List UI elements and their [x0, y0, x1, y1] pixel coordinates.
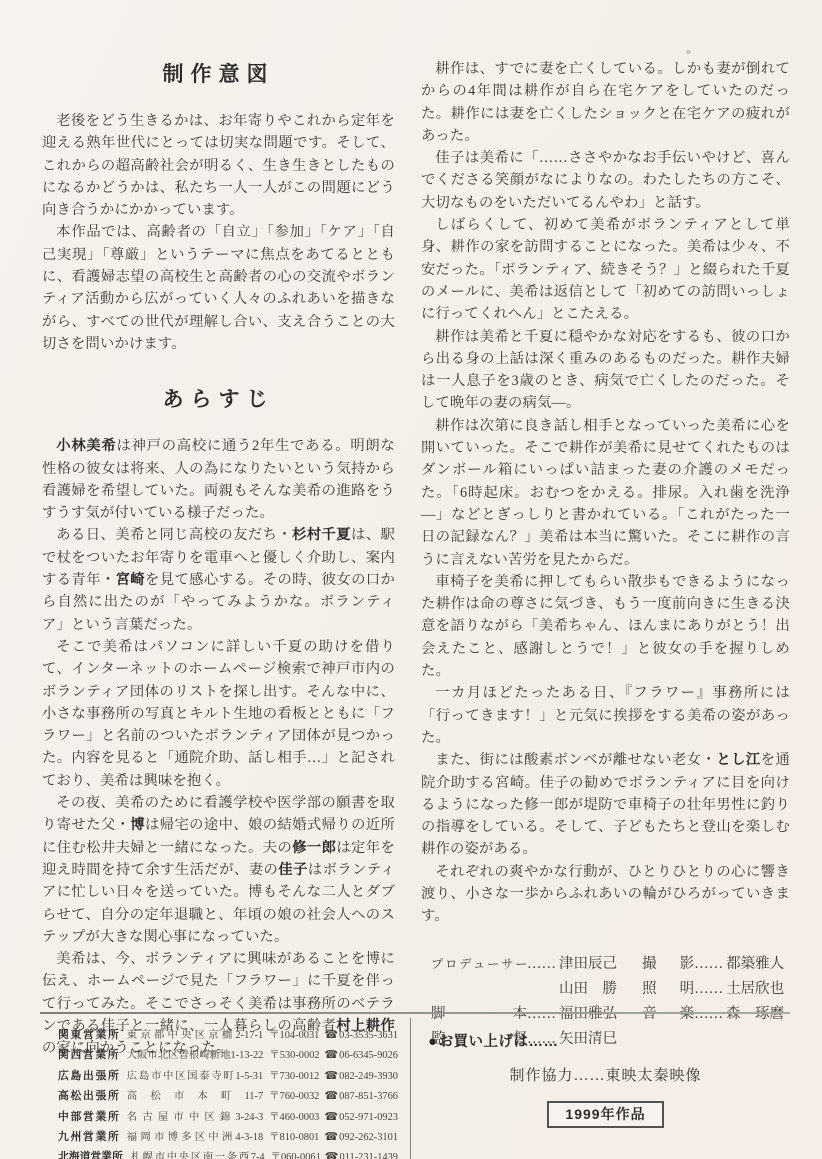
- paragraph: 老後をどう生きるかは、お年寄りやこれから定年を迎える熟年世代にとっては切実な問題…: [42, 110, 395, 221]
- office-telephone: ☎052-971-0923: [324, 1110, 398, 1123]
- office-address: 名古屋市中区錦3-24-3: [127, 1108, 263, 1123]
- paragraph: そこで美希はパソコンに詳しい千夏の助けを借りて、インターネットのホームページ検索…: [42, 636, 395, 792]
- intent-heading: 制作意図: [42, 58, 395, 88]
- office-telephone: ☎087-851-3766: [324, 1089, 398, 1102]
- office-telephone: ☎082-249-3930: [324, 1069, 398, 1082]
- paragraph: 一カ月ほどたったある日、『フラワー』事務所には「行ってきます！」と元気に挨拶をす…: [421, 682, 790, 749]
- office-postal-code: 〒810-0801: [269, 1128, 324, 1143]
- office-row: 北海道営業所札幌市中央区南一条西7-4〒060-0061☎011-231-143…: [58, 1148, 398, 1159]
- credit-dots: ……: [694, 952, 726, 977]
- character-name: 修一郎: [292, 840, 336, 856]
- credit-row: プロデューサー……津田辰己: [431, 952, 624, 977]
- telephone-number: 06-6345-9026: [339, 1050, 398, 1061]
- year-box-wrap: 1999年作品: [421, 1101, 790, 1128]
- credit-row: 音 楽……森 琢麿: [642, 1002, 790, 1027]
- credit-role: [431, 977, 527, 1002]
- left-column: 制作意図 老後をどう生きるかは、お年寄りやこれから定年を迎える熟年世代にとっては…: [42, 58, 395, 1060]
- character-name: 杉村千夏: [292, 527, 351, 543]
- footer-divider: [40, 1012, 790, 1014]
- production-cooperation-line: 制作協力……東映太秦映像: [421, 1064, 790, 1085]
- text-run: 本作品では、高齢者の「自立」「参加」「ケア」「自己実現」「尊厳」というテーマに焦…: [42, 224, 395, 351]
- office-address: 福岡市博多区中洲4-3-18: [127, 1128, 263, 1143]
- paragraph: それぞれの爽やかな行動が、ひとりひとりの心に響き渡り、小さな一歩からふれあいの輪…: [421, 861, 790, 928]
- text-run: 佳子は美希に「……ささやかなお手伝いやけど、喜んでくださる笑顔がなによりなの。わ…: [421, 150, 790, 211]
- credit-dots: [527, 977, 559, 1002]
- office-address: 東京都中央区京橋2-17-1: [127, 1026, 263, 1041]
- paragraph: 耕作は美希と千夏に穏やかな対応をするも、彼の口から出る身の上話は深く重みのあるも…: [421, 326, 790, 415]
- intent-paragraphs: 老後をどう生きるかは、お年寄りやこれから定年を迎える熟年世代にとっては切実な問題…: [42, 110, 395, 355]
- character-name: 佳子: [278, 862, 308, 878]
- telephone-number: 082-249-3930: [339, 1071, 398, 1082]
- office-name: 北海道営業所: [58, 1149, 123, 1159]
- synopsis-heading: あらすじ: [42, 383, 395, 413]
- phone-icon: ☎: [324, 1070, 338, 1082]
- character-name: 小林美希: [56, 438, 116, 454]
- office-postal-code: 〒760-0032: [269, 1087, 324, 1102]
- synopsis-section: あらすじ 小林美希は神戸の高校に通う2年生である。明朗な性格の彼女は将来、人の為…: [42, 383, 395, 1059]
- office-address: 広島市中区国泰寺町1-5-31: [127, 1067, 263, 1082]
- credit-name: 森 琢麿: [726, 1002, 784, 1027]
- credit-name: 都築雅人: [726, 952, 784, 977]
- office-row: 九州営業所福岡市博多区中洲4-3-18〒810-0801☎092-262-310…: [58, 1128, 398, 1144]
- phone-icon: ☎: [324, 1049, 338, 1061]
- paragraph: また、街には酸素ボンベが離せない老女・とし江を通院介助する宮崎。佳子の勧めでボラ…: [421, 749, 790, 860]
- office-postal-code: 〒060-0061: [271, 1148, 325, 1159]
- telephone-number: 011-231-1439: [340, 1152, 399, 1159]
- character-name: とし江: [716, 752, 760, 768]
- office-name: 中部営業所: [58, 1109, 119, 1124]
- office-name: 高松出張所: [58, 1088, 119, 1103]
- paragraph: ある日、美希と同じ高校の友だち・杉村千夏は、駅で杖をついたお年寄りを電車へと優し…: [42, 524, 395, 635]
- credit-role: 脚 本: [431, 1002, 527, 1027]
- text-run: しばらくして、初めて美希がボランティアとして単身、耕作の家を訪問することになった…: [421, 217, 790, 322]
- office-row: 関東営業所東京都中央区京橋2-17-1〒104-0031☎03-3535-363…: [58, 1026, 398, 1042]
- credit-role: 音 楽: [642, 1002, 694, 1027]
- paragraph: 耕作は次第に良き話し相手となっていった美希に心を開いていった。そこで耕作が美希に…: [421, 415, 790, 571]
- phone-icon: ☎: [324, 1029, 338, 1041]
- text-run: 耕作は次第に良き話し相手となっていった美希に心を開いていった。そこで耕作が美希に…: [421, 418, 790, 568]
- synopsis-paragraphs-right: 耕作は、すでに妻を亡くしている。しかも妻が倒れてからの4年間は耕作が自ら在宅ケア…: [421, 58, 790, 928]
- credit-row: 撮 影……都築雅人: [642, 952, 790, 977]
- office-telephone: ☎03-3535-3631: [324, 1028, 398, 1041]
- offices-table: 関東営業所東京都中央区京橋2-17-1〒104-0031☎03-3535-363…: [58, 1026, 398, 1159]
- credit-dots: ……: [527, 1002, 559, 1027]
- phone-icon: ☎: [324, 1090, 338, 1102]
- year-badge: 1999年作品: [547, 1101, 663, 1128]
- office-name: 関東営業所: [58, 1027, 119, 1042]
- phone-icon: ☎: [324, 1111, 338, 1123]
- office-name: 関西営業所: [58, 1047, 119, 1062]
- pamphlet-page: 制作意図 老後をどう生きるかは、お年寄りやこれから定年を迎える熟年世代にとっては…: [0, 0, 822, 1159]
- text-run: また、街には酸素ボンベが離せない老女・: [435, 752, 716, 768]
- telephone-number: 03-3535-3631: [339, 1030, 398, 1041]
- phone-icon: ☎: [324, 1131, 338, 1143]
- bullet-icon: ●: [428, 1033, 438, 1050]
- office-row: 関西営業所大阪市北区曽根崎新地1-13-22〒530-0002☎06-6345-…: [58, 1046, 398, 1062]
- paragraph: しばらくして、初めて美希がボランティアとして単身、耕作の家を訪問することになった…: [421, 214, 790, 325]
- office-address: 大阪市北区曽根崎新地1-13-22: [127, 1046, 264, 1061]
- synopsis-paragraphs-left: 小林美希は神戸の高校に通う2年生である。明朗な性格の彼女は将来、人の為になりたい…: [42, 435, 395, 1059]
- credit-row: 脚 本……福田雅弘: [431, 1002, 624, 1027]
- credit-row: 山田 勝: [431, 977, 624, 1002]
- office-postal-code: 〒530-0002: [269, 1046, 324, 1061]
- telephone-number: 092-262-3101: [339, 1132, 398, 1143]
- paragraph: 本作品では、高齢者の「自立」「参加」「ケア」「自己実現」「尊厳」というテーマに焦…: [42, 221, 395, 355]
- telephone-number: 087-851-3766: [339, 1091, 398, 1102]
- credit-name: 津田辰己: [559, 952, 617, 977]
- credit-name: 土居欣也: [726, 977, 784, 1002]
- phone-icon: ☎: [325, 1151, 339, 1159]
- credit-name: 矢田清巳: [559, 1027, 617, 1052]
- paragraph: 佳子は美希に「……ささやかなお手伝いやけど、喜んでくださる笑顔がなによりなの。わ…: [421, 147, 790, 214]
- office-address: 高松市本町11-7: [127, 1087, 263, 1102]
- office-postal-code: 〒104-0031: [269, 1026, 324, 1041]
- paragraph: 耕作は、すでに妻を亡くしている。しかも妻が倒れてからの4年間は耕作が自ら在宅ケア…: [421, 58, 790, 147]
- credit-role: プロデューサー: [431, 952, 527, 977]
- right-column: 耕作は、すでに妻を亡くしている。しかも妻が倒れてからの4年間は耕作が自ら在宅ケア…: [421, 58, 790, 1128]
- credit-row: 照 明……土居欣也: [642, 977, 790, 1002]
- text-run: ある日、美希と同じ高校の友だち・: [56, 527, 292, 543]
- text-run: 一カ月ほどたったある日、『フラワー』事務所には「行ってきます！」と元気に挨拶をす…: [421, 685, 790, 746]
- credit-role: 撮 影: [642, 952, 694, 977]
- paragraph: 小林美希は神戸の高校に通う2年生である。明朗な性格の彼女は将来、人の為になりたい…: [42, 435, 395, 524]
- footer-vertical-divider: [410, 1018, 411, 1159]
- office-telephone: ☎092-262-3101: [324, 1130, 398, 1143]
- office-name: 広島出張所: [58, 1068, 119, 1083]
- office-postal-code: 〒460-0003: [269, 1108, 324, 1123]
- office-telephone: ☎06-6345-9026: [324, 1048, 398, 1061]
- telephone-number: 052-971-0923: [339, 1112, 398, 1123]
- office-name: 九州営業所: [58, 1129, 119, 1144]
- scan-speck: [686, 50, 691, 54]
- purchase-note-label: お買い上げは……: [439, 1034, 559, 1050]
- text-run: 耕作は、すでに妻を亡くしている。しかも妻が倒れてからの4年間は耕作が自ら在宅ケア…: [421, 61, 790, 144]
- text-run: 耕作は美希と千夏に穏やかな対応をするも、彼の口から出る身の上話は深く重みのあるも…: [421, 329, 790, 412]
- office-address: 札幌市中央区南一条西7-4: [131, 1148, 265, 1159]
- credit-dots: ……: [527, 952, 559, 977]
- office-row: 広島出張所広島市中区国泰寺町1-5-31〒730-0012☎082-249-39…: [58, 1067, 398, 1083]
- credits-column-right: 撮 影……都築雅人照 明……土居欣也音 楽……森 琢麿: [642, 952, 790, 1052]
- office-telephone: ☎011-231-1439: [325, 1150, 398, 1159]
- paragraph: 車椅子を美希に押してもらい散歩もできるようになった耕作は命の尊さに気づき、もう一…: [421, 571, 790, 682]
- credit-name: 山田 勝: [559, 977, 617, 1002]
- text-run: 老後をどう生きるかは、お年寄りやこれから定年を迎える熟年世代にとっては切実な問題…: [42, 113, 395, 218]
- office-row: 中部営業所名古屋市中区錦3-24-3〒460-0003☎052-971-0923: [58, 1108, 398, 1124]
- text-run: 車椅子を美希に押してもらい散歩もできるようになった耕作は命の尊さに気づき、もう一…: [421, 574, 790, 679]
- character-name: 博: [130, 817, 145, 833]
- office-postal-code: 〒730-0012: [269, 1067, 324, 1082]
- credit-dots: ……: [694, 977, 726, 1002]
- paragraph: その夜、美希のために看護学校や医学部の願書を取り寄せた父・博は帰宅の途中、娘の結…: [42, 792, 395, 948]
- character-name: 宮崎: [116, 572, 145, 588]
- credit-dots: ……: [694, 1002, 726, 1027]
- purchase-note: ●お買い上げは……: [428, 1030, 559, 1051]
- credit-role: 照 明: [642, 977, 694, 1002]
- office-row: 高松出張所高松市本町11-7〒760-0032☎087-851-3766: [58, 1087, 398, 1103]
- text-run: それぞれの爽やかな行動が、ひとりひとりの心に響き渡り、小さな一歩からふれあいの輪…: [421, 864, 790, 925]
- text-run: そこで美希はパソコンに詳しい千夏の助けを借りて、インターネットのホームページ検索…: [42, 639, 395, 789]
- intent-section: 制作意図 老後をどう生きるかは、お年寄りやこれから定年を迎える熟年世代にとっては…: [42, 58, 395, 355]
- credit-name: 福田雅弘: [559, 1002, 617, 1027]
